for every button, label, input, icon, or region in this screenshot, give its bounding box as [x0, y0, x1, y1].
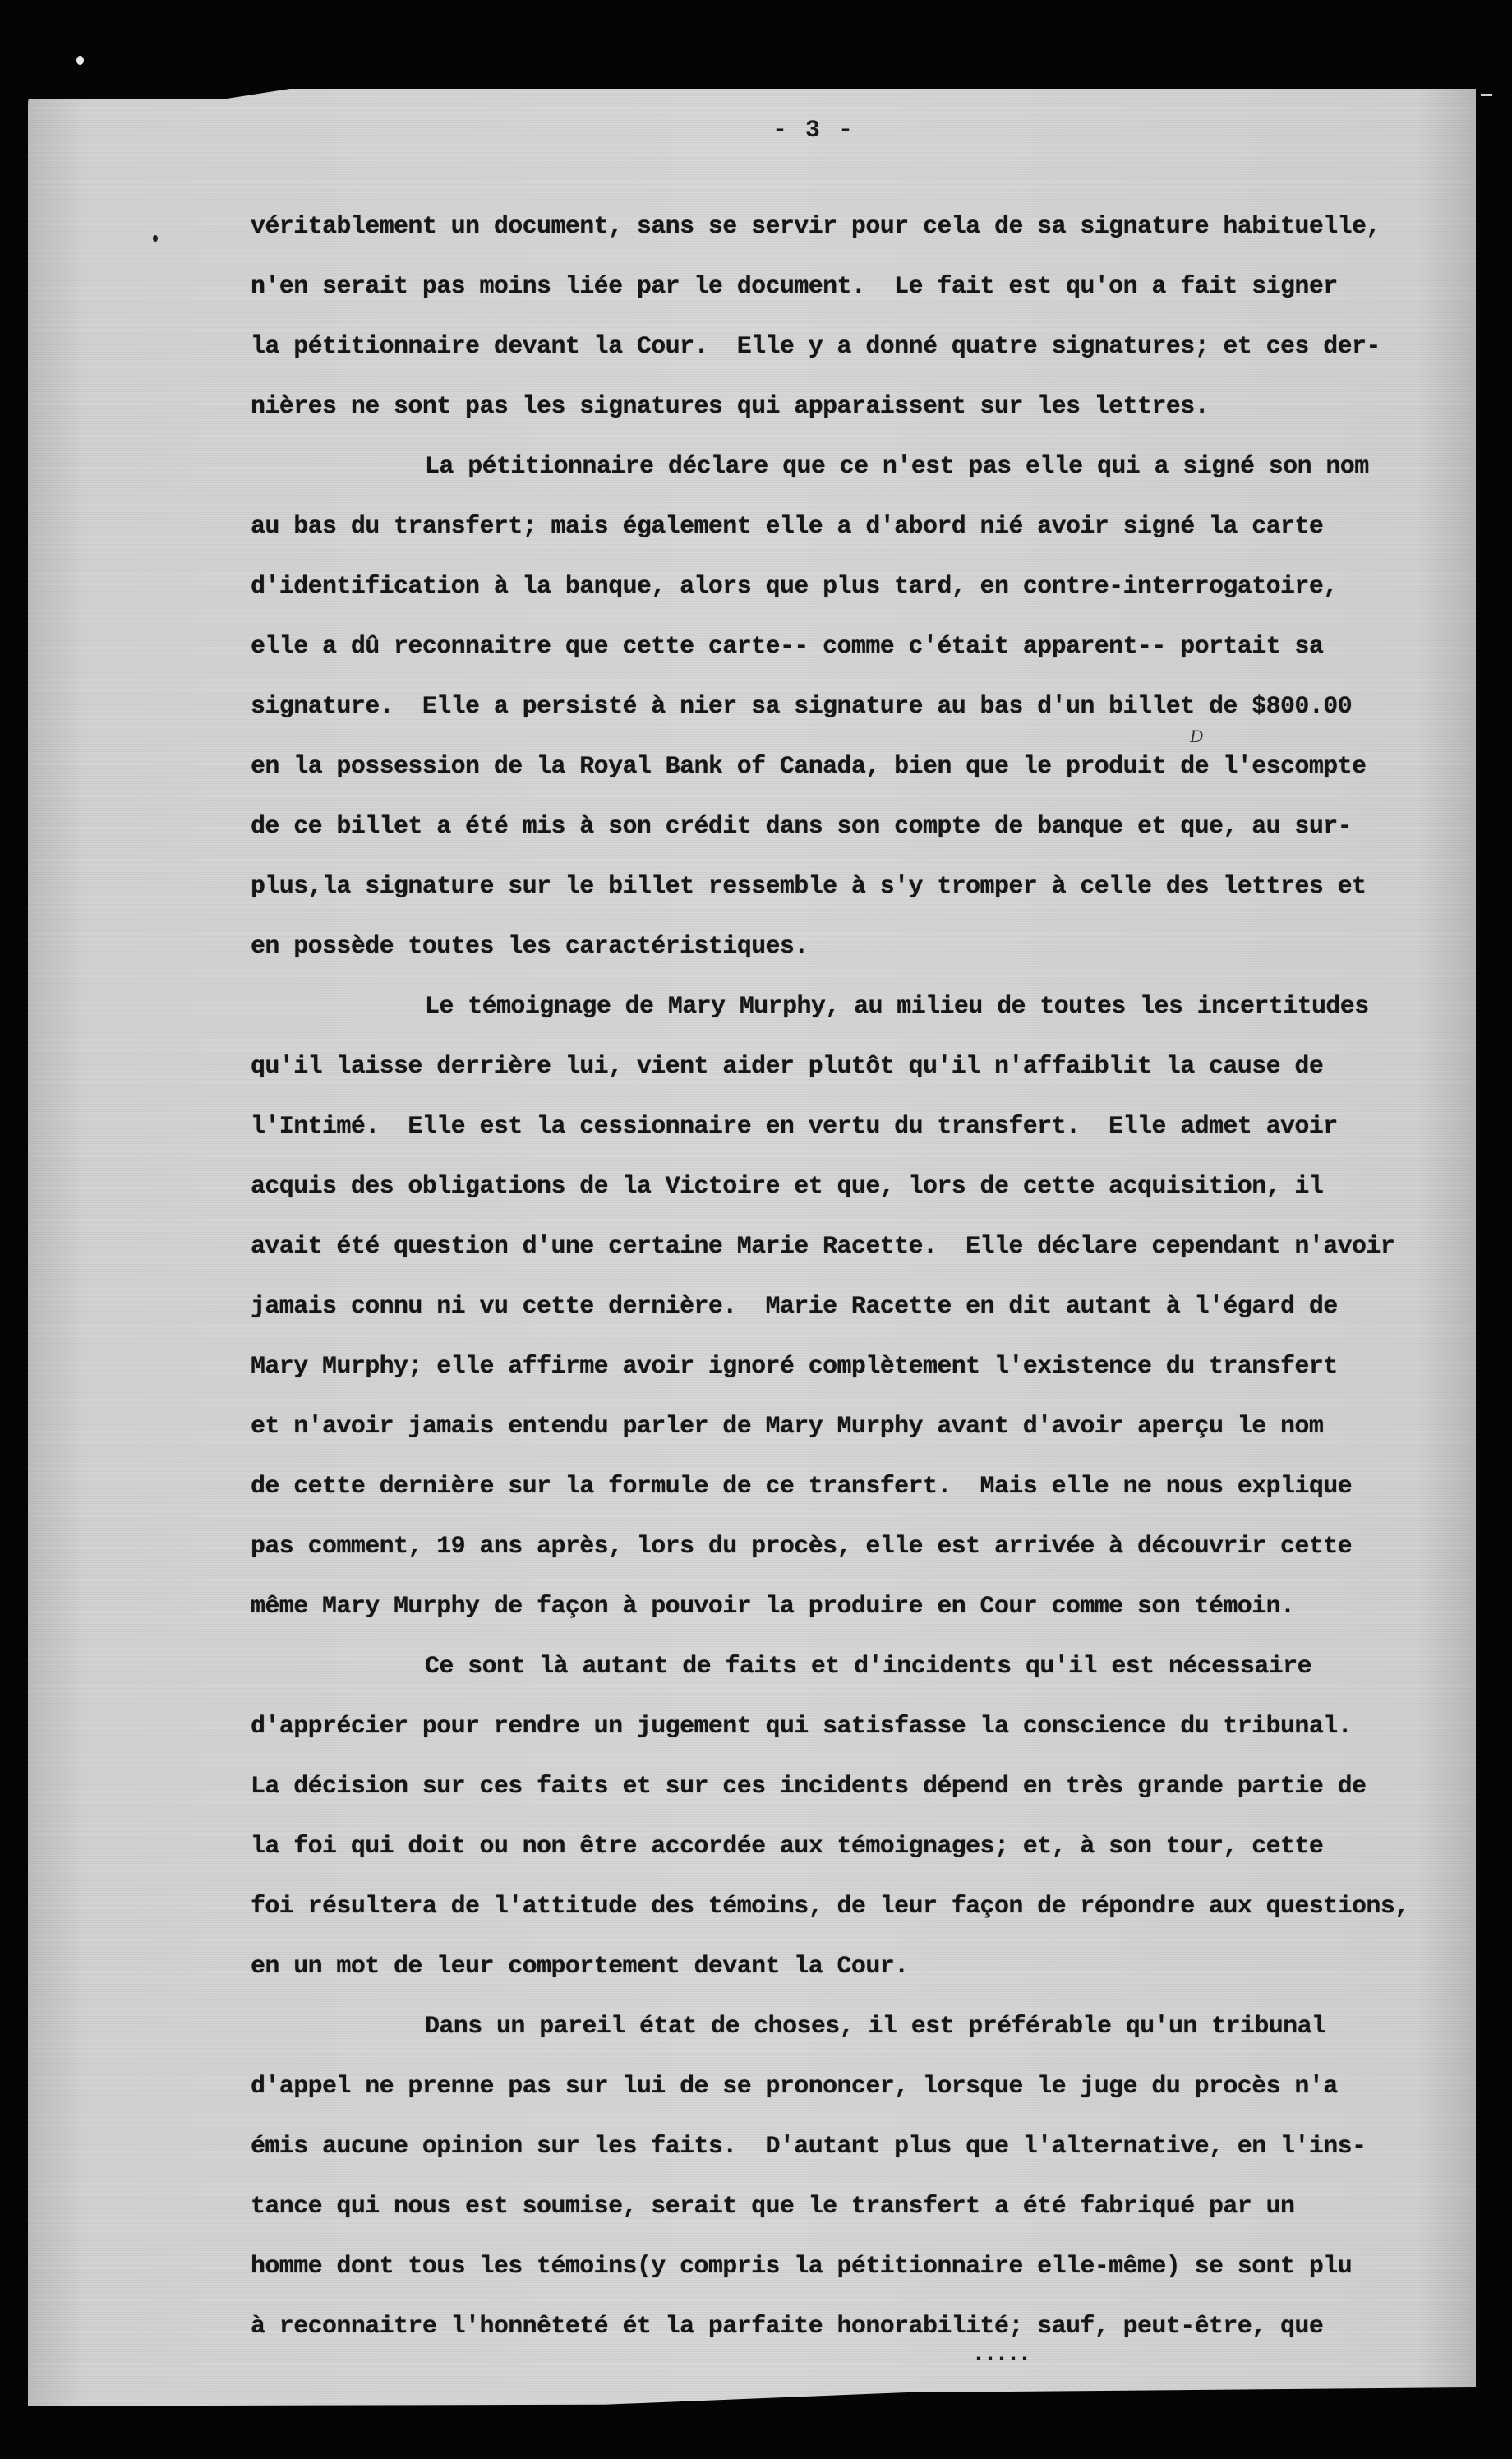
handwritten-mark: D: [1190, 726, 1203, 747]
paragraph-1: véritablement un document, sans se servi…: [251, 197, 1475, 437]
text-line: acquis des obligations de la Victoire et…: [251, 1157, 1475, 1217]
scan-artifact-dot: [76, 56, 84, 65]
text-line: à reconnaitre l'honnêteté ét la parfaite…: [251, 2297, 1475, 2357]
text-line: La pétitionnaire déclare que ce n'est pa…: [251, 437, 1475, 497]
text-line: homme dont tous les témoins(y compris la…: [251, 2237, 1475, 2297]
scan-artifact-tick: [1481, 94, 1492, 96]
page-number: - 3 -: [772, 117, 855, 145]
text-line: en un mot de leur comportement devant la…: [251, 1937, 1475, 1997]
margin-ink-dot: [153, 235, 158, 242]
text-line: nières ne sont pas les signatures qui ap…: [251, 377, 1475, 437]
text-line: Ce sont là autant de faits et d'incident…: [251, 1637, 1475, 1697]
text-line: la pétitionnaire devant la Cour. Elle y …: [251, 317, 1475, 377]
continuation-mark: .....: [971, 2341, 1029, 2369]
text-line: en la possession de la Royal Bank of Can…: [251, 737, 1475, 797]
paragraph-5: Dans un pareil état de choses, il est pr…: [251, 1997, 1475, 2357]
text-line: de ce billet a été mis à son crédit dans…: [251, 797, 1475, 857]
text-line: elle a dû reconnaitre que cette carte-- …: [251, 617, 1475, 677]
text-line: foi résultera de l'attitude des témoins,…: [251, 1877, 1475, 1937]
text-line: La décision sur ces faits et sur ces inc…: [251, 1757, 1475, 1817]
paragraph-3: Le témoignage de Mary Murphy, au milieu …: [251, 977, 1475, 1637]
text-line: d'identification à la banque, alors que …: [251, 557, 1475, 617]
text-line: d'apprécier pour rendre un jugement qui …: [251, 1697, 1475, 1757]
text-line: n'en serait pas moins liée par le docume…: [251, 257, 1475, 317]
scan-top-border: [0, 0, 1512, 99]
text-line: signature. Elle a persisté à nier sa sig…: [251, 677, 1475, 737]
text-line: même Mary Murphy de façon à pouvoir la p…: [251, 1577, 1475, 1637]
text-line: plus,la signature sur le billet ressembl…: [251, 857, 1475, 917]
text-line: jamais connu ni vu cette dernière. Marie…: [251, 1277, 1475, 1337]
text-line: Le témoignage de Mary Murphy, au milieu …: [251, 977, 1475, 1037]
text-line: émis aucune opinion sur les faits. D'aut…: [251, 2117, 1475, 2177]
paragraph-4: Ce sont là autant de faits et d'incident…: [251, 1637, 1475, 1997]
text-line: la foi qui doit ou non être accordée aux…: [251, 1817, 1475, 1877]
text-line: véritablement un document, sans se servi…: [251, 197, 1475, 257]
text-line: et n'avoir jamais entendu parler de Mary…: [251, 1397, 1475, 1457]
text-line: tance qui nous est soumise, serait que l…: [251, 2177, 1475, 2237]
text-line: Mary Murphy; elle affirme avoir ignoré c…: [251, 1337, 1475, 1397]
text-line: avait été question d'une certaine Marie …: [251, 1217, 1475, 1277]
text-line: pas comment, 19 ans après, lors du procè…: [251, 1517, 1475, 1577]
text-line: en possède toutes les caractéristiques.: [251, 917, 1475, 977]
document-body: véritablement un document, sans se servi…: [251, 197, 1475, 2357]
paragraph-2: La pétitionnaire déclare que ce n'est pa…: [251, 437, 1475, 977]
text-line: qu'il laisse derrière lui, vient aider p…: [251, 1037, 1475, 1097]
text-line: Dans un pareil état de choses, il est pr…: [251, 1997, 1475, 2057]
text-line: d'appel ne prenne pas sur lui de se pron…: [251, 2057, 1475, 2117]
text-line: au bas du transfert; mais également elle…: [251, 497, 1475, 557]
text-line: de cette dernière sur la formule de ce t…: [251, 1457, 1475, 1517]
text-line: l'Intimé. Elle est la cessionnaire en ve…: [251, 1097, 1475, 1157]
